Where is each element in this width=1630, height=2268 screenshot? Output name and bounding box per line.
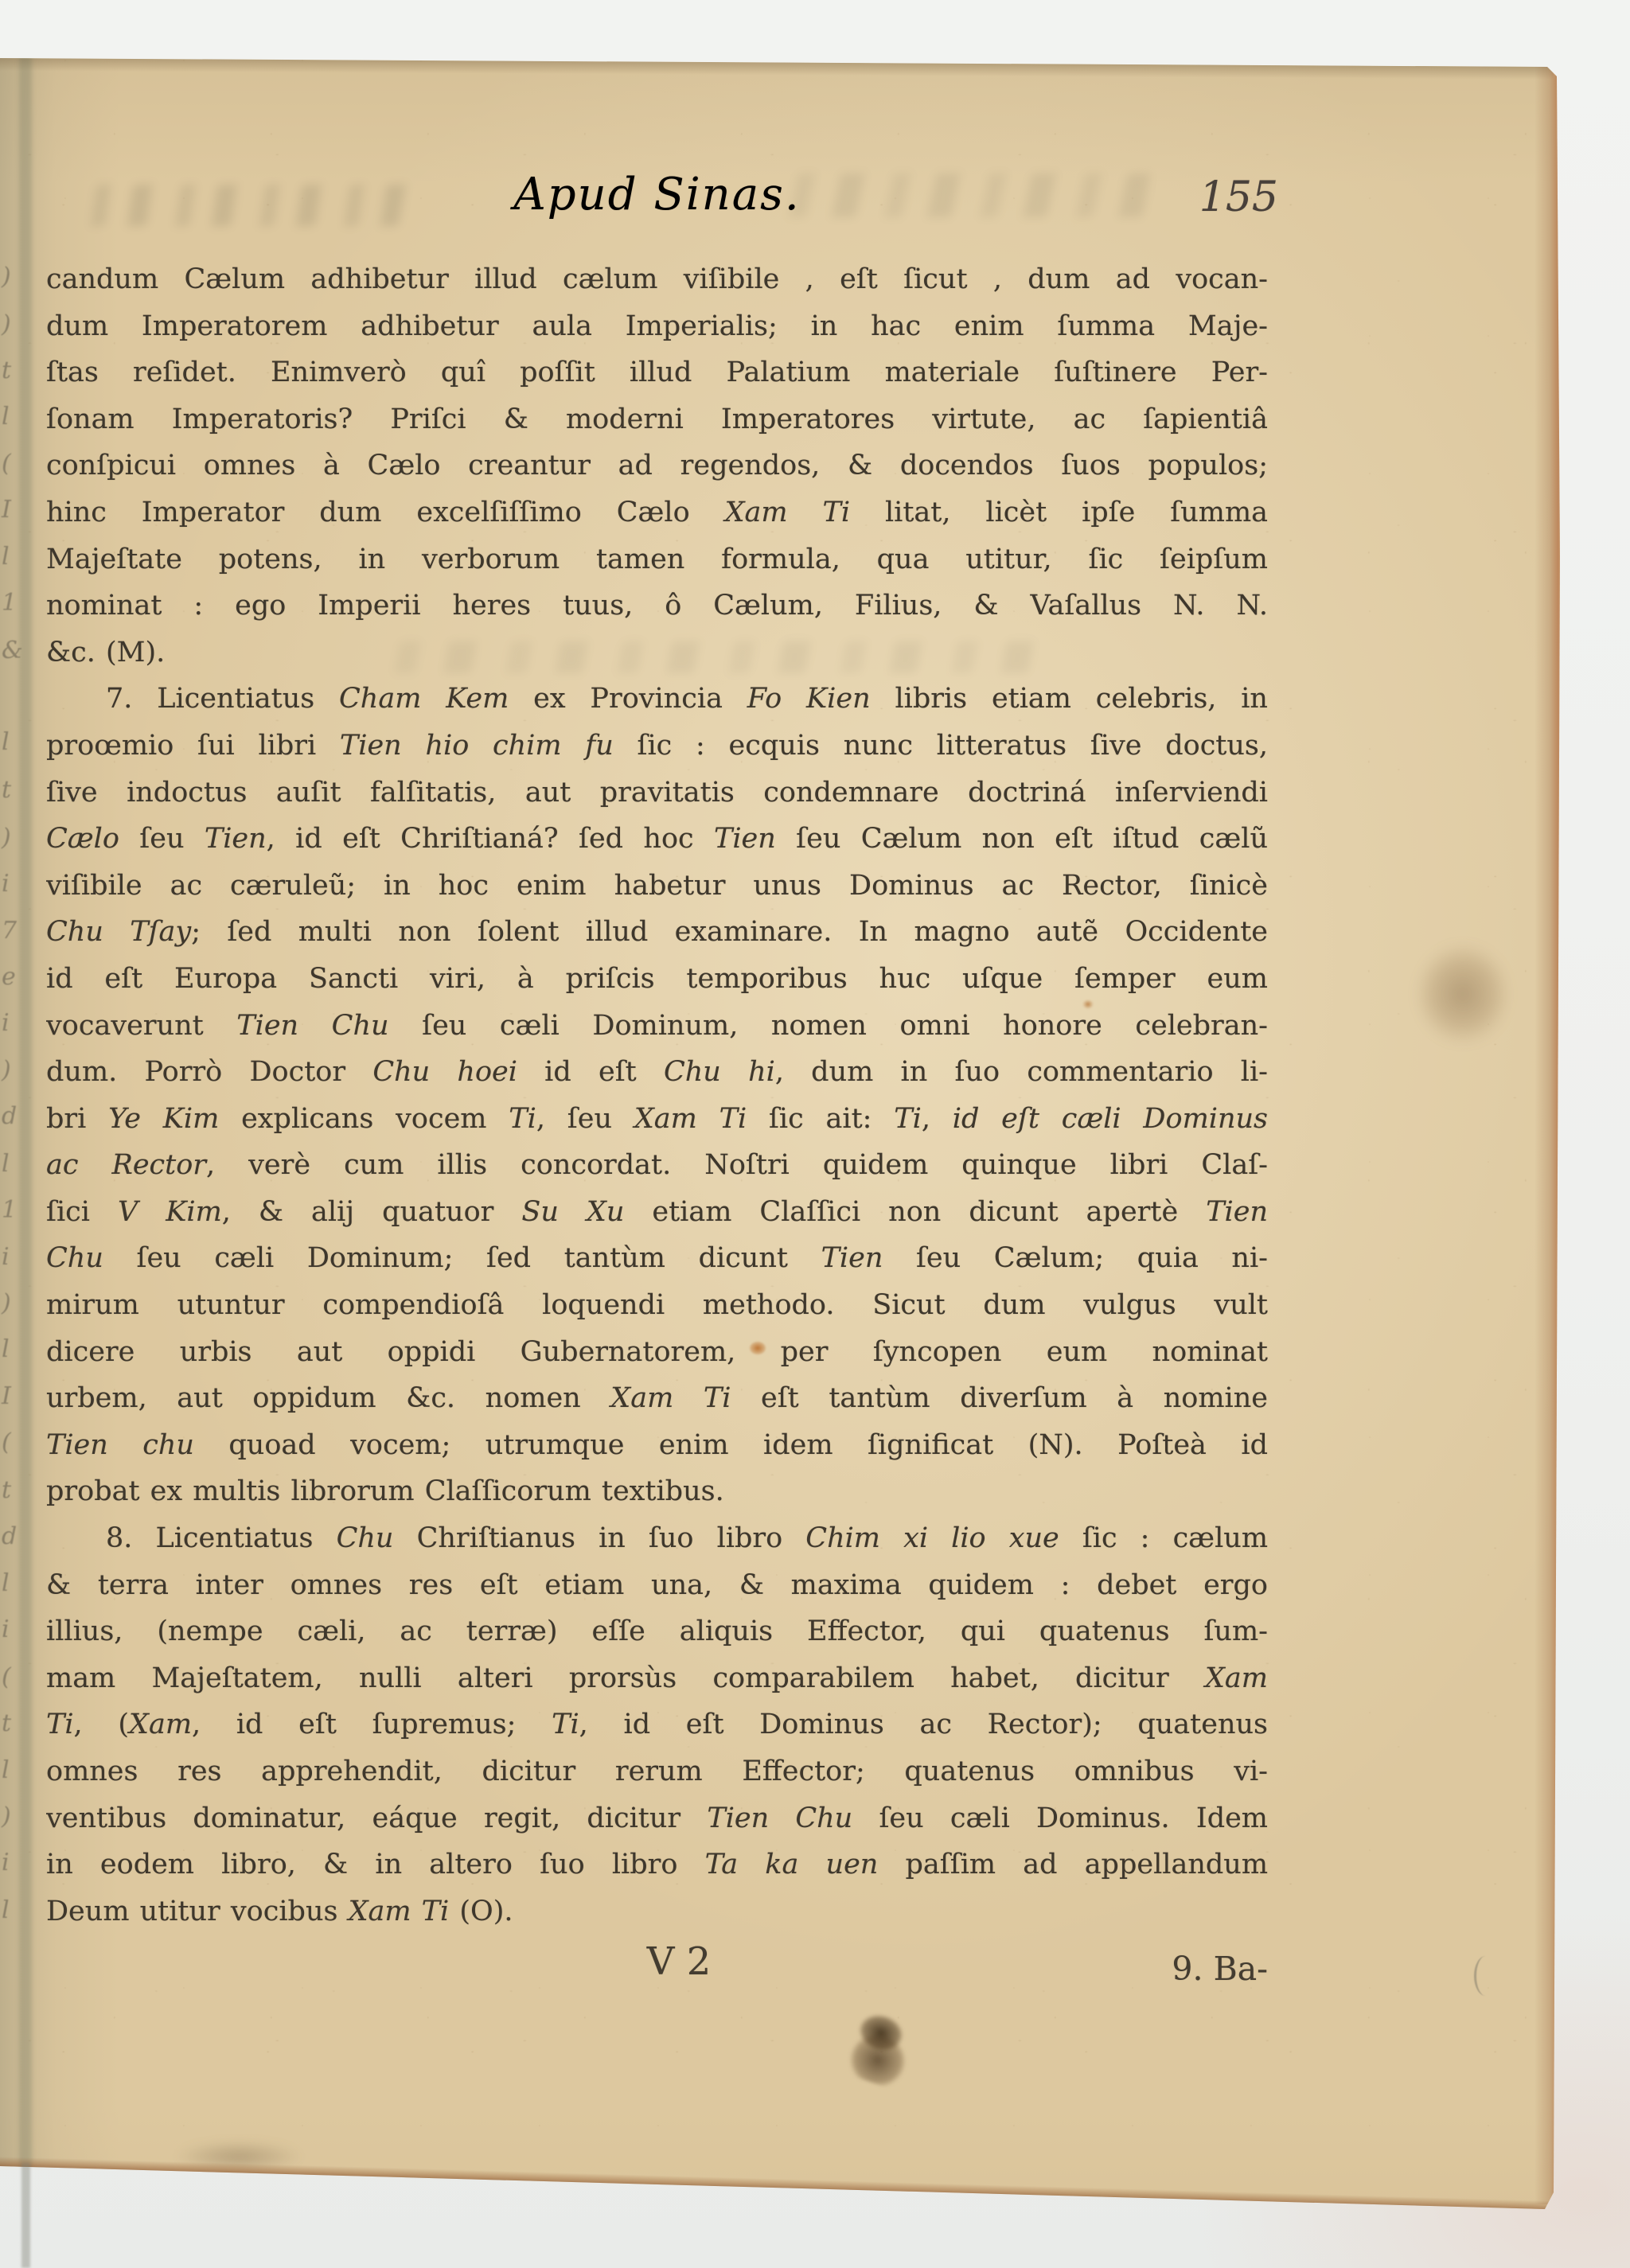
text-segment: & terra inter omnes res eſt etiam una, &… xyxy=(46,1569,1268,1601)
text-segment: ſic : cælum xyxy=(1059,1522,1268,1554)
margin-fragment: ( xyxy=(2,450,22,477)
text-line: dicere urbis aut oppidi Gubernatorem, pe… xyxy=(46,1329,1268,1376)
text-segment: id eſt xyxy=(517,1056,664,1088)
text-segment: vocaverunt xyxy=(46,1010,236,1042)
margin-fragment: I xyxy=(2,1382,22,1410)
italic-term: Chu hoei xyxy=(372,1056,517,1088)
margin-fragment: d xyxy=(2,1522,22,1550)
italic-term: Chu xyxy=(337,1522,394,1554)
fiber-mark xyxy=(1474,1956,1497,1996)
text-segment: id eſt Europa Sancti viri, à priſcis tem… xyxy=(46,963,1268,995)
text-line: probat ex multis librorum Claſſicorum te… xyxy=(46,1468,1268,1515)
margin-fragment: 1 xyxy=(2,1196,22,1224)
text-segment: dicere urbis aut oppidi Gubernatorem, pe… xyxy=(46,1336,1268,1368)
text-line: & terra inter omnes res eſt etiam una, &… xyxy=(46,1562,1268,1609)
margin-fragment: ) xyxy=(2,824,22,851)
text-segment: ſeu Cælum; quia ni- xyxy=(883,1242,1268,1274)
text-segment: paſſim ad appellandum xyxy=(878,1849,1268,1880)
text-line: ſtas reſidet. Enimverò quî poſſit illud … xyxy=(46,349,1268,396)
text-line: omnes res apprehendit, dicitur rerum Eff… xyxy=(46,1748,1268,1795)
margin-fragment: i xyxy=(2,1243,22,1271)
text-segment: ſici xyxy=(46,1196,118,1228)
rust-spot xyxy=(750,1342,766,1354)
margin-fragment: l xyxy=(2,1756,22,1784)
italic-term: Chu xyxy=(46,1242,103,1274)
text-line: mam Majeſtatem, nulli alteri prorsùs com… xyxy=(46,1655,1268,1702)
text-line: Tien chu quoad vocem; utrumque enim idem… xyxy=(46,1422,1268,1469)
italic-term: Fo Kien xyxy=(747,683,871,715)
margin-fragment: t xyxy=(2,1709,22,1737)
text-line: Chu ſeu cæli Dominum; ſed tantùm dicunt … xyxy=(46,1235,1268,1282)
text-segment: ſic : ecquis nunc litteratus ſive doctus… xyxy=(614,730,1268,762)
italic-term: Chim xi lio xue xyxy=(805,1522,1059,1554)
body-text: candum Cælum adhibetur illud cælum viſib… xyxy=(46,256,1268,1935)
scanned-book-page: { "page": { "header": { "title": "Apud S… xyxy=(0,0,1630,2268)
margin-fragment: l xyxy=(2,1896,22,1924)
italic-term: Ta ka uen xyxy=(705,1849,879,1880)
text-segment: conſpicui omnes à Cælo creantur ad regen… xyxy=(46,450,1268,481)
text-segment: candum Cælum adhibetur illud cælum viſib… xyxy=(46,263,1268,295)
text-line: id eſt Europa Sancti viri, à priſcis tem… xyxy=(46,956,1268,1003)
text-segment: ſeu cæli Dominum; ſed tantùm dicunt xyxy=(103,1242,821,1274)
text-line: Cælo ſeu Tien, id eſt Chriſtianá? ſed ho… xyxy=(46,816,1268,863)
italic-term: Cham Kem xyxy=(339,683,509,715)
text-segment: proœmio ſui libri xyxy=(46,730,340,762)
text-segment: dum Imperatorem adhibetur aula Imperiali… xyxy=(46,310,1268,342)
margin-fragment: t xyxy=(2,776,22,804)
text-line: vocaverunt Tien Chu ſeu cæli Dominum, no… xyxy=(46,1003,1268,1050)
text-segment: (O). xyxy=(449,1896,513,1927)
italic-term: Xam xyxy=(129,1709,192,1740)
text-segment: ex Provincia xyxy=(509,683,747,715)
margin-fragment: ) xyxy=(2,263,22,290)
margin-fragment: ) xyxy=(2,1802,22,1830)
text-line: 7. Licentiatus Cham Kem ex Provincia Fo … xyxy=(46,676,1268,723)
text-line: illius, (nempe cæli, ac terræ) eſſe aliq… xyxy=(46,1608,1268,1655)
text-segment: ſive indoctus auſit falſitatis, aut prav… xyxy=(46,777,1268,809)
margin-fragment: ( xyxy=(2,1663,22,1691)
margin-fragment: 1 xyxy=(2,589,22,617)
margin-fragment: e xyxy=(2,963,22,991)
text-segment: , dum in ſuo commentario li- xyxy=(775,1056,1268,1088)
text-segment: urbem, aut oppidum &c. nomen xyxy=(46,1382,610,1414)
text-line: dum. Porrò Doctor Chu hoei id eſt Chu hi… xyxy=(46,1049,1268,1096)
text-segment: , id eſt Dominus ac Rector); quatenus xyxy=(579,1709,1268,1740)
margin-fragment: ) xyxy=(2,1056,22,1084)
rust-spot xyxy=(1082,1000,1094,1009)
book-page-sheet: Apud Sinas. 155 candum Cælum adhibetur i… xyxy=(0,0,1630,2268)
italic-term: Ti xyxy=(552,1709,579,1740)
text-segment: eſt tantùm diverſum à nomine xyxy=(731,1382,1268,1414)
text-segment: 8. Licentiatus xyxy=(106,1522,337,1554)
text-segment: bri xyxy=(46,1103,108,1135)
text-line: Majeſtate potens, in verborum tamen form… xyxy=(46,536,1268,583)
text-segment: omnes res apprehendit, dicitur rerum Eff… xyxy=(46,1756,1268,1787)
margin-fragment: i xyxy=(2,1615,22,1643)
text-line: Deum utitur vocibus Xam Ti (O). xyxy=(46,1888,1268,1935)
italic-term: Tien hio chim fu xyxy=(340,730,614,762)
text-segment: probat ex multis librorum Claſſicorum te… xyxy=(46,1475,724,1507)
italic-term: Tien xyxy=(205,823,267,855)
text-segment: ſeu cæli Dominum, nomen omni honore cele… xyxy=(389,1010,1268,1042)
text-segment: , id eſt Chriſtianá? ſed hoc xyxy=(267,823,714,855)
margin-fragment: l xyxy=(2,728,22,756)
text-line: nominat : ego Imperii heres tuus, ô Cælu… xyxy=(46,583,1268,629)
page-number: 155 xyxy=(46,173,1278,221)
text-segment: , & alij quatuor xyxy=(222,1196,522,1228)
margin-fragment: ( xyxy=(2,1428,22,1456)
italic-term: V Kim xyxy=(118,1196,222,1228)
italic-term: Tien xyxy=(821,1242,883,1274)
text-segment: libris etiam celebris, in xyxy=(871,683,1268,715)
text-line: bri Ye Kim explicans vocem Ti, ſeu Xam T… xyxy=(46,1096,1268,1143)
text-line: in eodem libro, & in altero ſuo libro Ta… xyxy=(46,1841,1268,1888)
italic-term: Tien Chu xyxy=(236,1010,388,1042)
text-segment: Chriſtianus in ſuo libro xyxy=(393,1522,805,1554)
text-line: mirum utuntur compendioſâ loquendi metho… xyxy=(46,1282,1268,1329)
text-segment: quoad vocem; utrumque enim idem ſignific… xyxy=(194,1429,1268,1461)
text-line: hinc Imperator dum excelſiſſimo Cælo Xam… xyxy=(46,489,1268,536)
text-line: Chu Tſay; ſed multi non ſolent illud exa… xyxy=(46,909,1268,956)
text-segment: 7. Licentiatus xyxy=(106,683,339,715)
text-segment: , xyxy=(922,1103,953,1135)
italic-term: Tien xyxy=(714,823,776,855)
text-segment: mirum utuntur compendioſâ loquendi metho… xyxy=(46,1289,1268,1321)
text-segment: litat, licèt ipſe ſumma xyxy=(850,497,1268,528)
text-segment: hinc Imperator dum excelſiſſimo Cælo xyxy=(46,497,725,528)
text-segment: nominat : ego Imperii heres tuus, ô Cælu… xyxy=(46,590,1268,622)
margin-fragment: ) xyxy=(2,310,22,338)
brown-stain xyxy=(1415,943,1511,1045)
text-segment: , id eſt ſupremus; xyxy=(192,1709,552,1740)
italic-term: Chu Tſay xyxy=(46,916,191,948)
text-segment: ſic ait: xyxy=(747,1103,894,1135)
margin-fragment: ) xyxy=(2,1289,22,1317)
italic-term: id eſt cæli Dominus xyxy=(953,1103,1268,1135)
text-segment: Majeſtate potens, in verborum tamen form… xyxy=(46,544,1268,575)
text-line: ſonam Imperatoris? Priſci & moderni Impe… xyxy=(46,396,1268,443)
margin-fragment: l xyxy=(2,543,22,571)
text-line: 8. Licentiatus Chu Chriſtianus in ſuo li… xyxy=(46,1515,1268,1562)
text-segment: in eodem libro, & in altero ſuo libro xyxy=(46,1849,705,1880)
text-segment: ; ſed multi non ſolent illud examinare. … xyxy=(191,916,1268,948)
text-segment: &c. (M). xyxy=(46,637,165,668)
margin-fragment: l xyxy=(2,1569,22,1597)
italic-term: Xam xyxy=(1205,1662,1268,1694)
italic-term: Ti xyxy=(894,1103,922,1135)
text-line: dum Imperatorem adhibetur aula Imperiali… xyxy=(46,303,1268,350)
text-segment: ſeu Cælum non eſt iſtud cælũ xyxy=(776,823,1268,855)
margin-fragment: i xyxy=(2,870,22,898)
margin-fragment: i xyxy=(2,1009,22,1037)
text-line: ſive indoctus auſit falſitatis, aut prav… xyxy=(46,770,1268,816)
margin-fragment: 7 xyxy=(2,917,22,945)
italic-term: Xam Ti xyxy=(725,497,850,528)
text-segment: dum. Porrò Doctor xyxy=(46,1056,372,1088)
text-line: ventibus dominatur, eáque regit, dicitur… xyxy=(46,1795,1268,1842)
italic-term: Xam Ti xyxy=(634,1103,747,1135)
text-segment: ventibus dominatur, eáque regit, dicitur xyxy=(46,1802,707,1834)
text-line: ac Rector, verè cum illis concordat. Noſ… xyxy=(46,1142,1268,1189)
text-segment: ſeu xyxy=(119,823,205,855)
text-segment: ſonam Imperatoris? Priſci & moderni Impe… xyxy=(46,403,1268,435)
italic-term: Xam Ti xyxy=(610,1382,731,1414)
italic-term: Chu hi xyxy=(664,1056,775,1088)
text-line: conſpicui omnes à Cælo creantur ad regen… xyxy=(46,442,1268,489)
italic-term: Ti xyxy=(46,1709,74,1740)
italic-term: Tien chu xyxy=(46,1429,194,1461)
margin-fragment: l xyxy=(2,1335,22,1363)
text-segment: explicans vocem xyxy=(219,1103,509,1135)
catchword: 9. Ba- xyxy=(46,1950,1268,1988)
text-line: Ti, (Xam, id eſt ſupremus; Ti, id eſt Do… xyxy=(46,1701,1268,1748)
margin-fragment: l xyxy=(2,403,22,431)
margin-fragment: & xyxy=(2,637,22,664)
text-segment: , ſeu xyxy=(536,1103,634,1135)
italic-term: Xam Ti xyxy=(349,1896,450,1927)
text-segment: , verè cum illis concordat. Noſtri quide… xyxy=(206,1149,1268,1181)
margin-fragment: i xyxy=(2,1849,22,1876)
text-segment: ſtas reſidet. Enimverò quî poſſit illud … xyxy=(46,357,1268,388)
text-line: candum Cælum adhibetur illud cælum viſib… xyxy=(46,256,1268,303)
text-line: viſibile ac cæruleũ; in hoc enim habetur… xyxy=(46,863,1268,910)
margin-fragment: t xyxy=(2,357,22,384)
text-line: &c. (M). xyxy=(46,629,1268,676)
text-segment: etiam Claſſici non dicunt apertè xyxy=(624,1196,1206,1228)
text-segment: illius, (nempe cæli, ac terræ) eſſe aliq… xyxy=(46,1615,1268,1647)
margin-fragment: I xyxy=(2,496,22,524)
text-segment: viſibile ac cæruleũ; in hoc enim habetur… xyxy=(46,870,1268,902)
margin-fragment: d xyxy=(2,1102,22,1130)
text-line: urbem, aut oppidum &c. nomen Xam Ti eſt … xyxy=(46,1375,1268,1422)
italic-term: ac Rector xyxy=(46,1149,206,1181)
underlying-pages-edge xyxy=(21,2163,30,2268)
text-line: ſici V Kim, & alij quatuor Su Xu etiam C… xyxy=(46,1189,1268,1236)
text-segment: ſeu cæli Dominus. Idem xyxy=(852,1802,1268,1834)
margin-fragment: t xyxy=(2,1476,22,1504)
italic-term: Ye Kim xyxy=(108,1103,219,1135)
page-right-edge xyxy=(1534,64,1562,2204)
italic-term: Tien xyxy=(1206,1196,1268,1228)
text-segment: Deum utitur vocibus xyxy=(46,1896,349,1927)
text-segment: mam Majeſtatem, nulli alteri prorsùs com… xyxy=(46,1662,1205,1694)
italic-term: Cælo xyxy=(46,823,119,855)
italic-term: Tien Chu xyxy=(707,1802,852,1834)
text-line: proœmio ſui libri Tien hio chim fu ſic :… xyxy=(46,723,1268,770)
italic-term: Su Xu xyxy=(521,1196,624,1228)
text-segment: , ( xyxy=(74,1709,129,1740)
italic-term: Ti xyxy=(509,1103,536,1135)
margin-fragment: l xyxy=(2,1150,22,1178)
